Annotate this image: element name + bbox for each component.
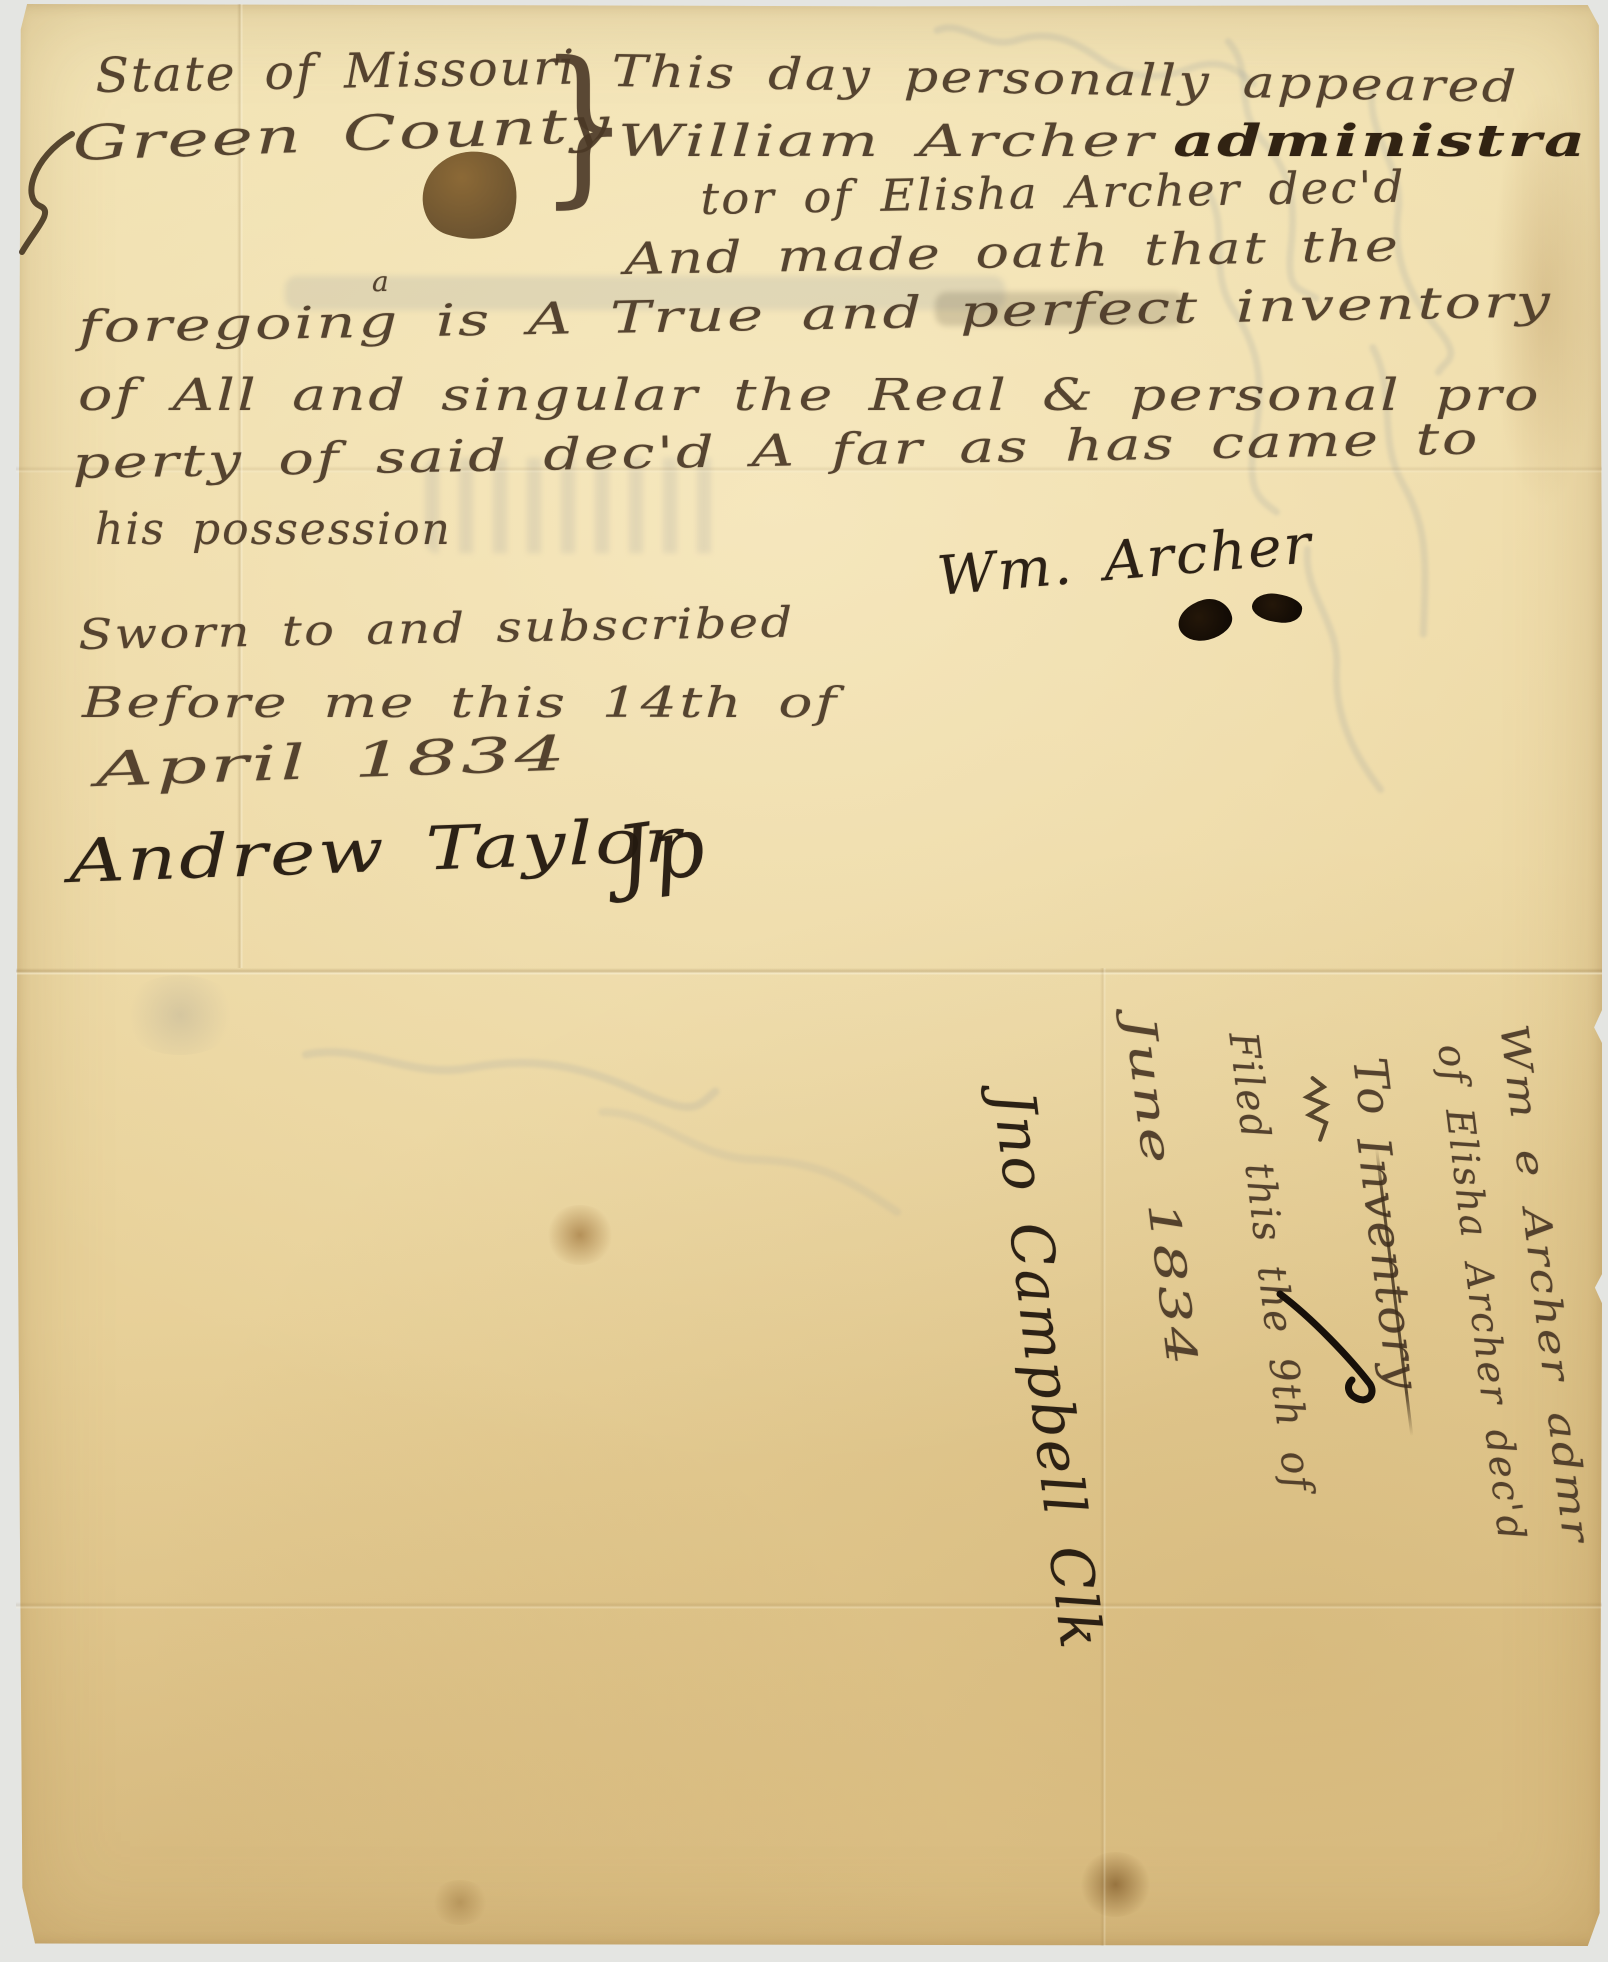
justice-suffix-flourish: Jp <box>612 806 712 900</box>
line-place-1: State of Missouri <box>95 44 577 100</box>
fold-crease-horizontal <box>16 1602 1602 1609</box>
line-oath-2-end: administra <box>1173 116 1588 167</box>
insert-mark: a <box>372 268 391 296</box>
line-oath-4: And made oath that the <box>624 224 1401 282</box>
fold-crease-horizontal <box>16 968 1602 975</box>
line-attest-2: Before me this 14th of <box>82 682 839 724</box>
fold-crease-vertical <box>1100 968 1106 1946</box>
stain <box>120 975 240 1055</box>
line-body-2: of All and singular the Real & personal … <box>78 374 1541 418</box>
line-oath-2-start: William Archer <box>618 116 1156 167</box>
stain <box>545 1205 615 1265</box>
endorsement-to-label: To <box>1346 1055 1399 1119</box>
line-oath-3: tor of Elisha Archer dec'd <box>700 166 1406 222</box>
stain <box>1078 1852 1153 1917</box>
pen-stroke-blot <box>1272 1286 1382 1411</box>
document-scan: State of Missouri Green County } This da… <box>0 0 1608 1962</box>
stain <box>430 1880 490 1925</box>
line-body-4: his possession <box>95 508 452 552</box>
line-oath-2: William Archeradministra <box>618 120 1588 164</box>
line-attest-1: Sworn to and subscribed <box>78 601 795 655</box>
